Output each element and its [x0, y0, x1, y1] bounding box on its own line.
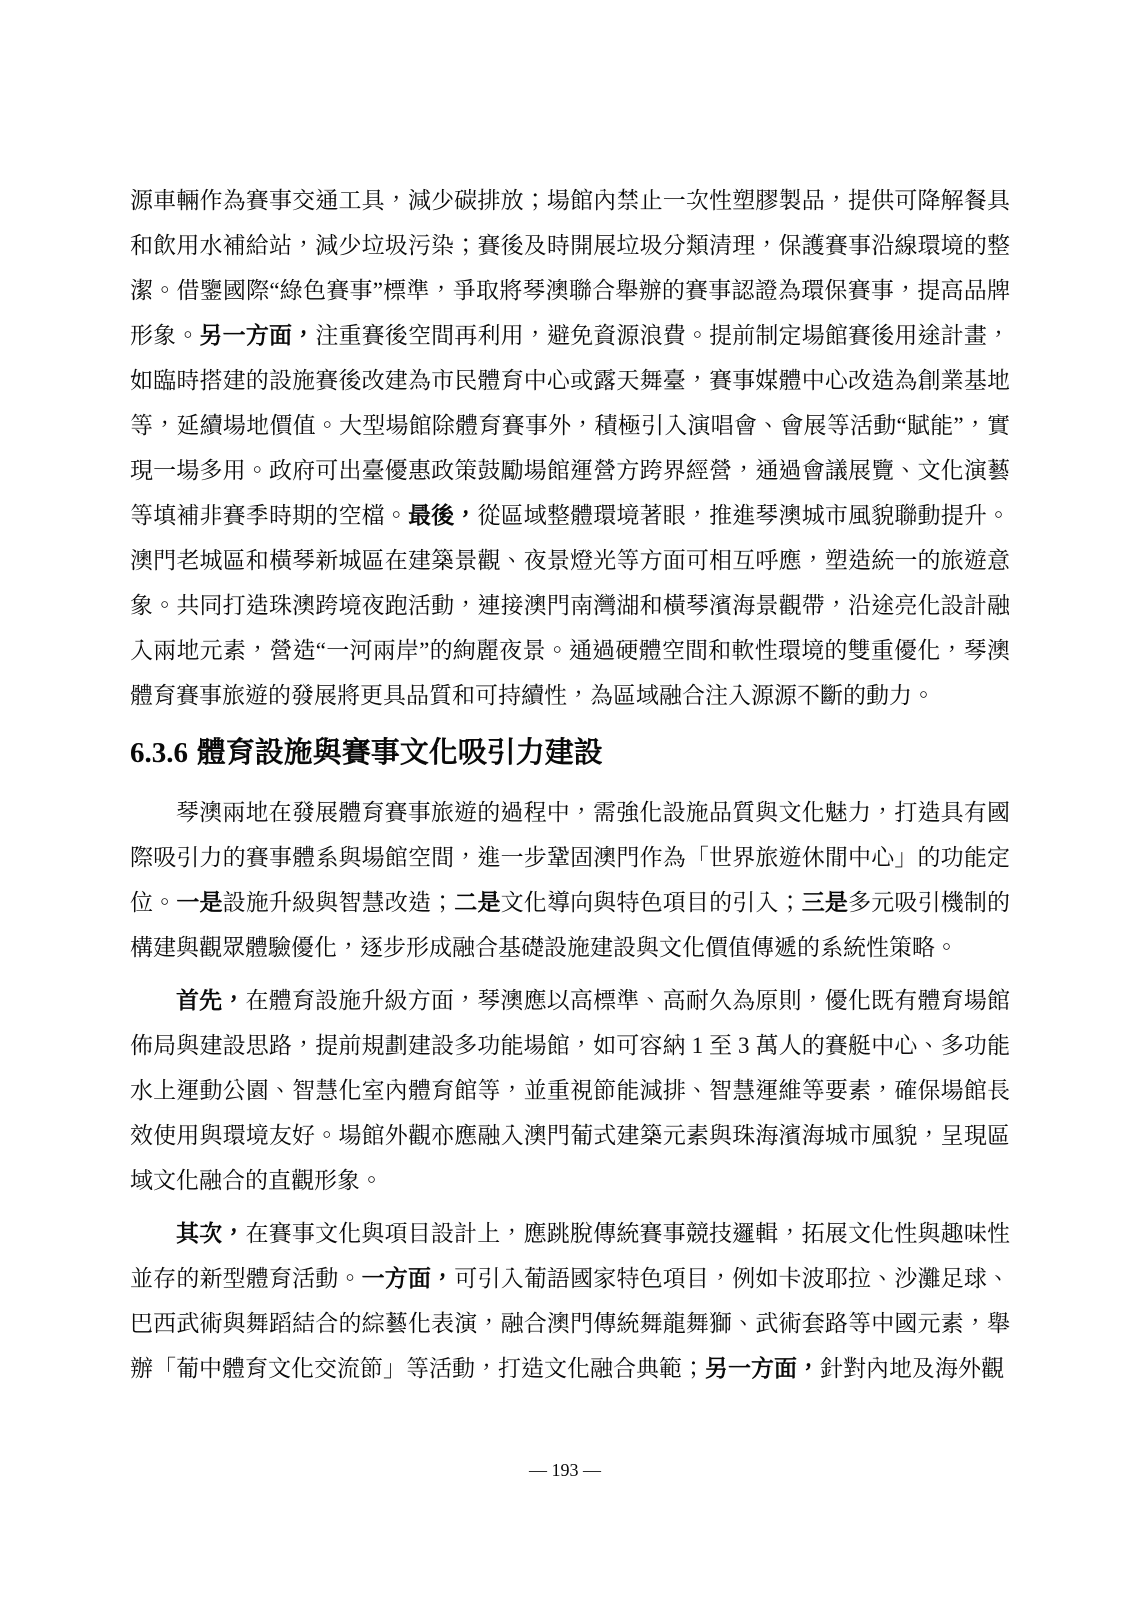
paragraph-text: 設施升級與智慧改造； [223, 890, 454, 915]
paragraph-text: 文化導向與特色項目的引入； [501, 890, 802, 915]
paragraph-facility-upgrade: 首先，在體育設施升級方面，琴澳應以高標準、高耐久為原則，優化既有體育場館佈局與建… [130, 978, 1010, 1203]
paragraph-text: 從區域整體環境著眼，推進琴澳城市風貌聯動提升。澳門老城區和橫琴新城區在建築景觀、… [130, 503, 1010, 708]
section-heading-6-3-6: 6.3.6體育設施與賽事文化吸引力建設 [130, 732, 1010, 774]
section-number: 6.3.6 [130, 737, 188, 769]
page-footer: — 193 — [0, 1458, 1130, 1482]
section-title: 體育設施與賽事文化吸引力建設 [197, 737, 603, 769]
bold-phrase-third-point: 三是 [802, 890, 849, 915]
page-number: — 193 — [529, 1460, 601, 1480]
paragraph-text: 在體育設施升級方面，琴澳應以高標準、高耐久為原則，優化既有體育場館佈局與建設思路… [130, 988, 1010, 1193]
bold-phrase-secondly: 其次， [176, 1221, 246, 1246]
bold-phrase-firstly: 首先， [176, 988, 246, 1013]
paragraph-section-overview: 琴澳兩地在發展體育賽事旅遊的過程中，需強化設施品質與文化魅力，打造具有國際吸引力… [130, 790, 1010, 970]
bold-phrase-finally: 最後， [408, 503, 478, 528]
bold-phrase-another-aspect: 另一方面， [200, 323, 316, 348]
bold-phrase-first-point: 一是 [176, 890, 222, 915]
bold-phrase-second-point: 二是 [454, 890, 501, 915]
paragraph-text: 針對內地及海外觀 [820, 1356, 1004, 1381]
page-body: 源車輛作為賽事交通工具，減少碳排放；場館內禁止一次性塑膠製品，提供可降解餐具和飲… [130, 178, 1010, 1391]
paragraph-green-event-measures: 源車輛作為賽事交通工具，減少碳排放；場館內禁止一次性塑膠製品，提供可降解餐具和飲… [130, 178, 1010, 718]
document-page: 源車輛作為賽事交通工具，減少碳排放；場館內禁止一次性塑膠製品，提供可降解餐具和飲… [0, 0, 1130, 1600]
paragraph-text: 注重賽後空間再利用，避免資源浪費。提前制定場館賽後用途計畫，如臨時搭建的設施賽後… [130, 323, 1010, 528]
paragraph-event-culture: 其次，在賽事文化與項目設計上，應跳脫傳統賽事競技邏輯，拓展文化性與趣味性並存的新… [130, 1211, 1010, 1391]
bold-phrase-other-aspect: 另一方面， [705, 1356, 820, 1381]
bold-phrase-one-aspect: 一方面， [362, 1266, 455, 1291]
